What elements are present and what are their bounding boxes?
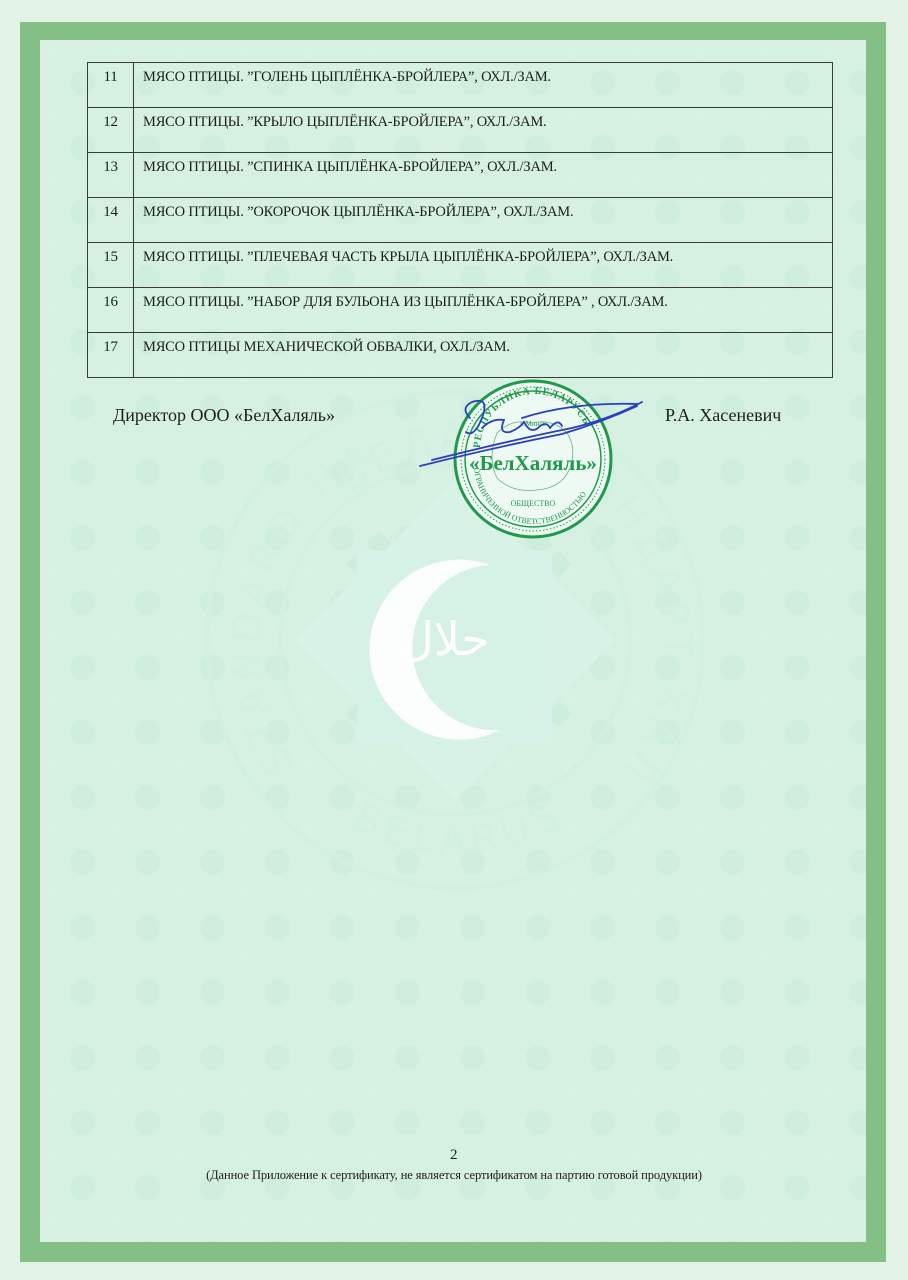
table-row: 11 МЯСО ПТИЦЫ. ”ГОЛЕНЬ ЦЫПЛЁНКА-БРОЙЛЕРА… [88, 63, 833, 108]
signatory-position: Директор ООО «БелХаляль» [113, 405, 335, 426]
footer-disclaimer-text: (Данное Приложение к сертификату, не явл… [206, 1168, 702, 1182]
row-number: 15 [88, 243, 134, 288]
product-name: МЯСО ПТИЦЫ. ”ОКОРОЧОК ЦЫПЛЁНКА-БРОЙЛЕРА”… [134, 198, 833, 243]
svg-text:ОБЩЕСТВО: ОБЩЕСТВО [511, 499, 556, 508]
svg-text:حلال: حلال [400, 612, 489, 666]
row-number: 13 [88, 153, 134, 198]
table-row: 15 МЯСО ПТИЦЫ. ”ПЛЕЧЕВАЯ ЧАСТЬ КРЫЛА ЦЫП… [88, 243, 833, 288]
svg-text:BELARUS: BELARUS [345, 790, 571, 864]
signatory-name: Р.А. Хасеневич [665, 405, 781, 426]
table-row: 16 МЯСО ПТИЦЫ. ”НАБОР ДЛЯ БУЛЬОНА ИЗ ЦЫП… [88, 288, 833, 333]
footer-disclaimer: (Данное Приложение к сертификату, не явл… [0, 1168, 908, 1183]
product-name: МЯСО ПТИЦЫ МЕХАНИЧЕСКОЙ ОБВАЛКИ, ОХЛ./ЗА… [134, 333, 833, 378]
product-name: МЯСО ПТИЦЫ. ”СПИНКА ЦЫПЛЁНКА-БРОЙЛЕРА”, … [134, 153, 833, 198]
product-name: МЯСО ПТИЦЫ. ”ГОЛЕНЬ ЦЫПЛЁНКА-БРОЙЛЕРА”, … [134, 63, 833, 108]
row-number: 16 [88, 288, 134, 333]
product-name: МЯСО ПТИЦЫ. ”ПЛЕЧЕВАЯ ЧАСТЬ КРЫЛА ЦЫПЛЁН… [134, 243, 833, 288]
product-table: 11 МЯСО ПТИЦЫ. ”ГОЛЕНЬ ЦЫПЛЁНКА-БРОЙЛЕРА… [87, 62, 833, 378]
row-number: 17 [88, 333, 134, 378]
page-number: 2 [450, 1147, 458, 1164]
table-row: 17 МЯСО ПТИЦЫ МЕХАНИЧЕСКОЙ ОБВАЛКИ, ОХЛ.… [88, 333, 833, 378]
product-name: МЯСО ПТИЦЫ. ”КРЫЛО ЦЫПЛЁНКА-БРОЙЛЕРА”, О… [134, 108, 833, 153]
handwritten-signature [412, 388, 652, 478]
row-number: 14 [88, 198, 134, 243]
table-row: 14 МЯСО ПТИЦЫ. ”ОКОРОЧОК ЦЫПЛЁНКА-БРОЙЛЕ… [88, 198, 833, 243]
table-row: 13 МЯСО ПТИЦЫ. ”СПИНКА ЦЫПЛЁНКА-БРОЙЛЕРА… [88, 153, 833, 198]
row-number: 12 [88, 108, 134, 153]
table-row: 12 МЯСО ПТИЦЫ. ”КРЫЛО ЦЫПЛЁНКА-БРОЙЛЕРА”… [88, 108, 833, 153]
row-number: 11 [88, 63, 134, 108]
product-name: МЯСО ПТИЦЫ. ”НАБОР ДЛЯ БУЛЬОНА ИЗ ЦЫПЛЁН… [134, 288, 833, 333]
